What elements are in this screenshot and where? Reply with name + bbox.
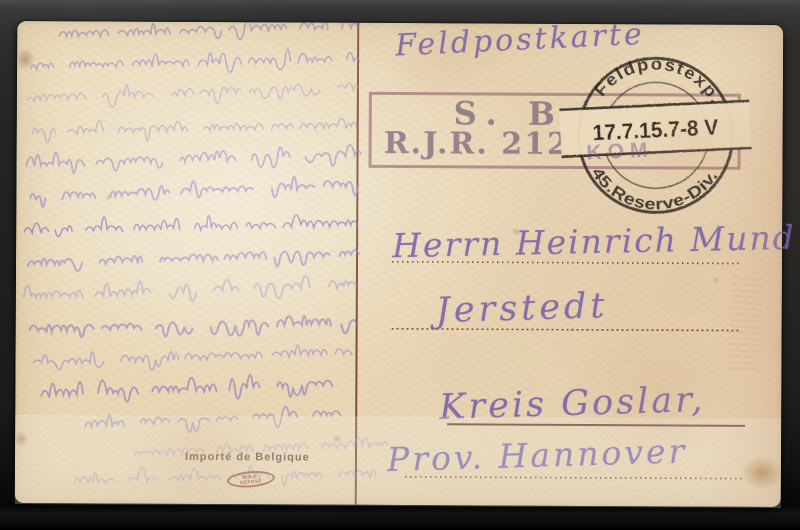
handwriting-row: [59, 21, 357, 40]
postmark-bottom-text: 45.Reserve-Div.: [588, 165, 722, 214]
handwriting-row: [24, 275, 357, 303]
postmark-date-bridge: KOM 17.7.15.7-8 V: [559, 101, 751, 166]
center-divider-line: [355, 23, 360, 505]
svg-text:Feldpostexp.: Feldpostexp.: [591, 54, 727, 108]
publisher-seal: M.B.F. DÉPOSÉ: [226, 469, 275, 489]
publisher-seal-bottom: DÉPOSÉ: [240, 478, 262, 485]
handwriting-row: [33, 117, 357, 144]
address-place: Jerstedt: [435, 285, 609, 332]
ghost-offset-marks: [727, 274, 762, 371]
svg-text:45.Reserve-Div.: 45.Reserve-Div.: [588, 165, 722, 214]
handwriting-row: [30, 315, 358, 339]
handwriting-row: [85, 406, 340, 433]
photo-background: S. B. R.J.R. 212. 5. Feldpostkarte Herrn…: [0, 0, 800, 530]
handwriting-row: [41, 374, 332, 403]
handwriting-row: [31, 48, 360, 73]
handwriting-row: [75, 465, 376, 487]
handwriting-row: [26, 143, 361, 175]
handwriting-row: [33, 344, 352, 372]
handwriting-row: [28, 248, 359, 272]
publisher-imprint: Importé de Belgique: [185, 451, 310, 464]
postcard: S. B. R.J.R. 212. 5. Feldpostkarte Herrn…: [15, 21, 784, 507]
address-province: Prov. Hannover: [386, 431, 687, 480]
feldpost-postmark: Feldpostexp. 45.Reserve-Div. KOM 17.7.15…: [555, 35, 756, 236]
address-district: Kreis Goslar,: [439, 379, 706, 429]
handwriting-row: [30, 175, 358, 208]
postmark-top-text: Feldpostexp.: [591, 54, 727, 108]
handwriting-row: [27, 81, 359, 108]
handwriting-row: [24, 214, 357, 238]
